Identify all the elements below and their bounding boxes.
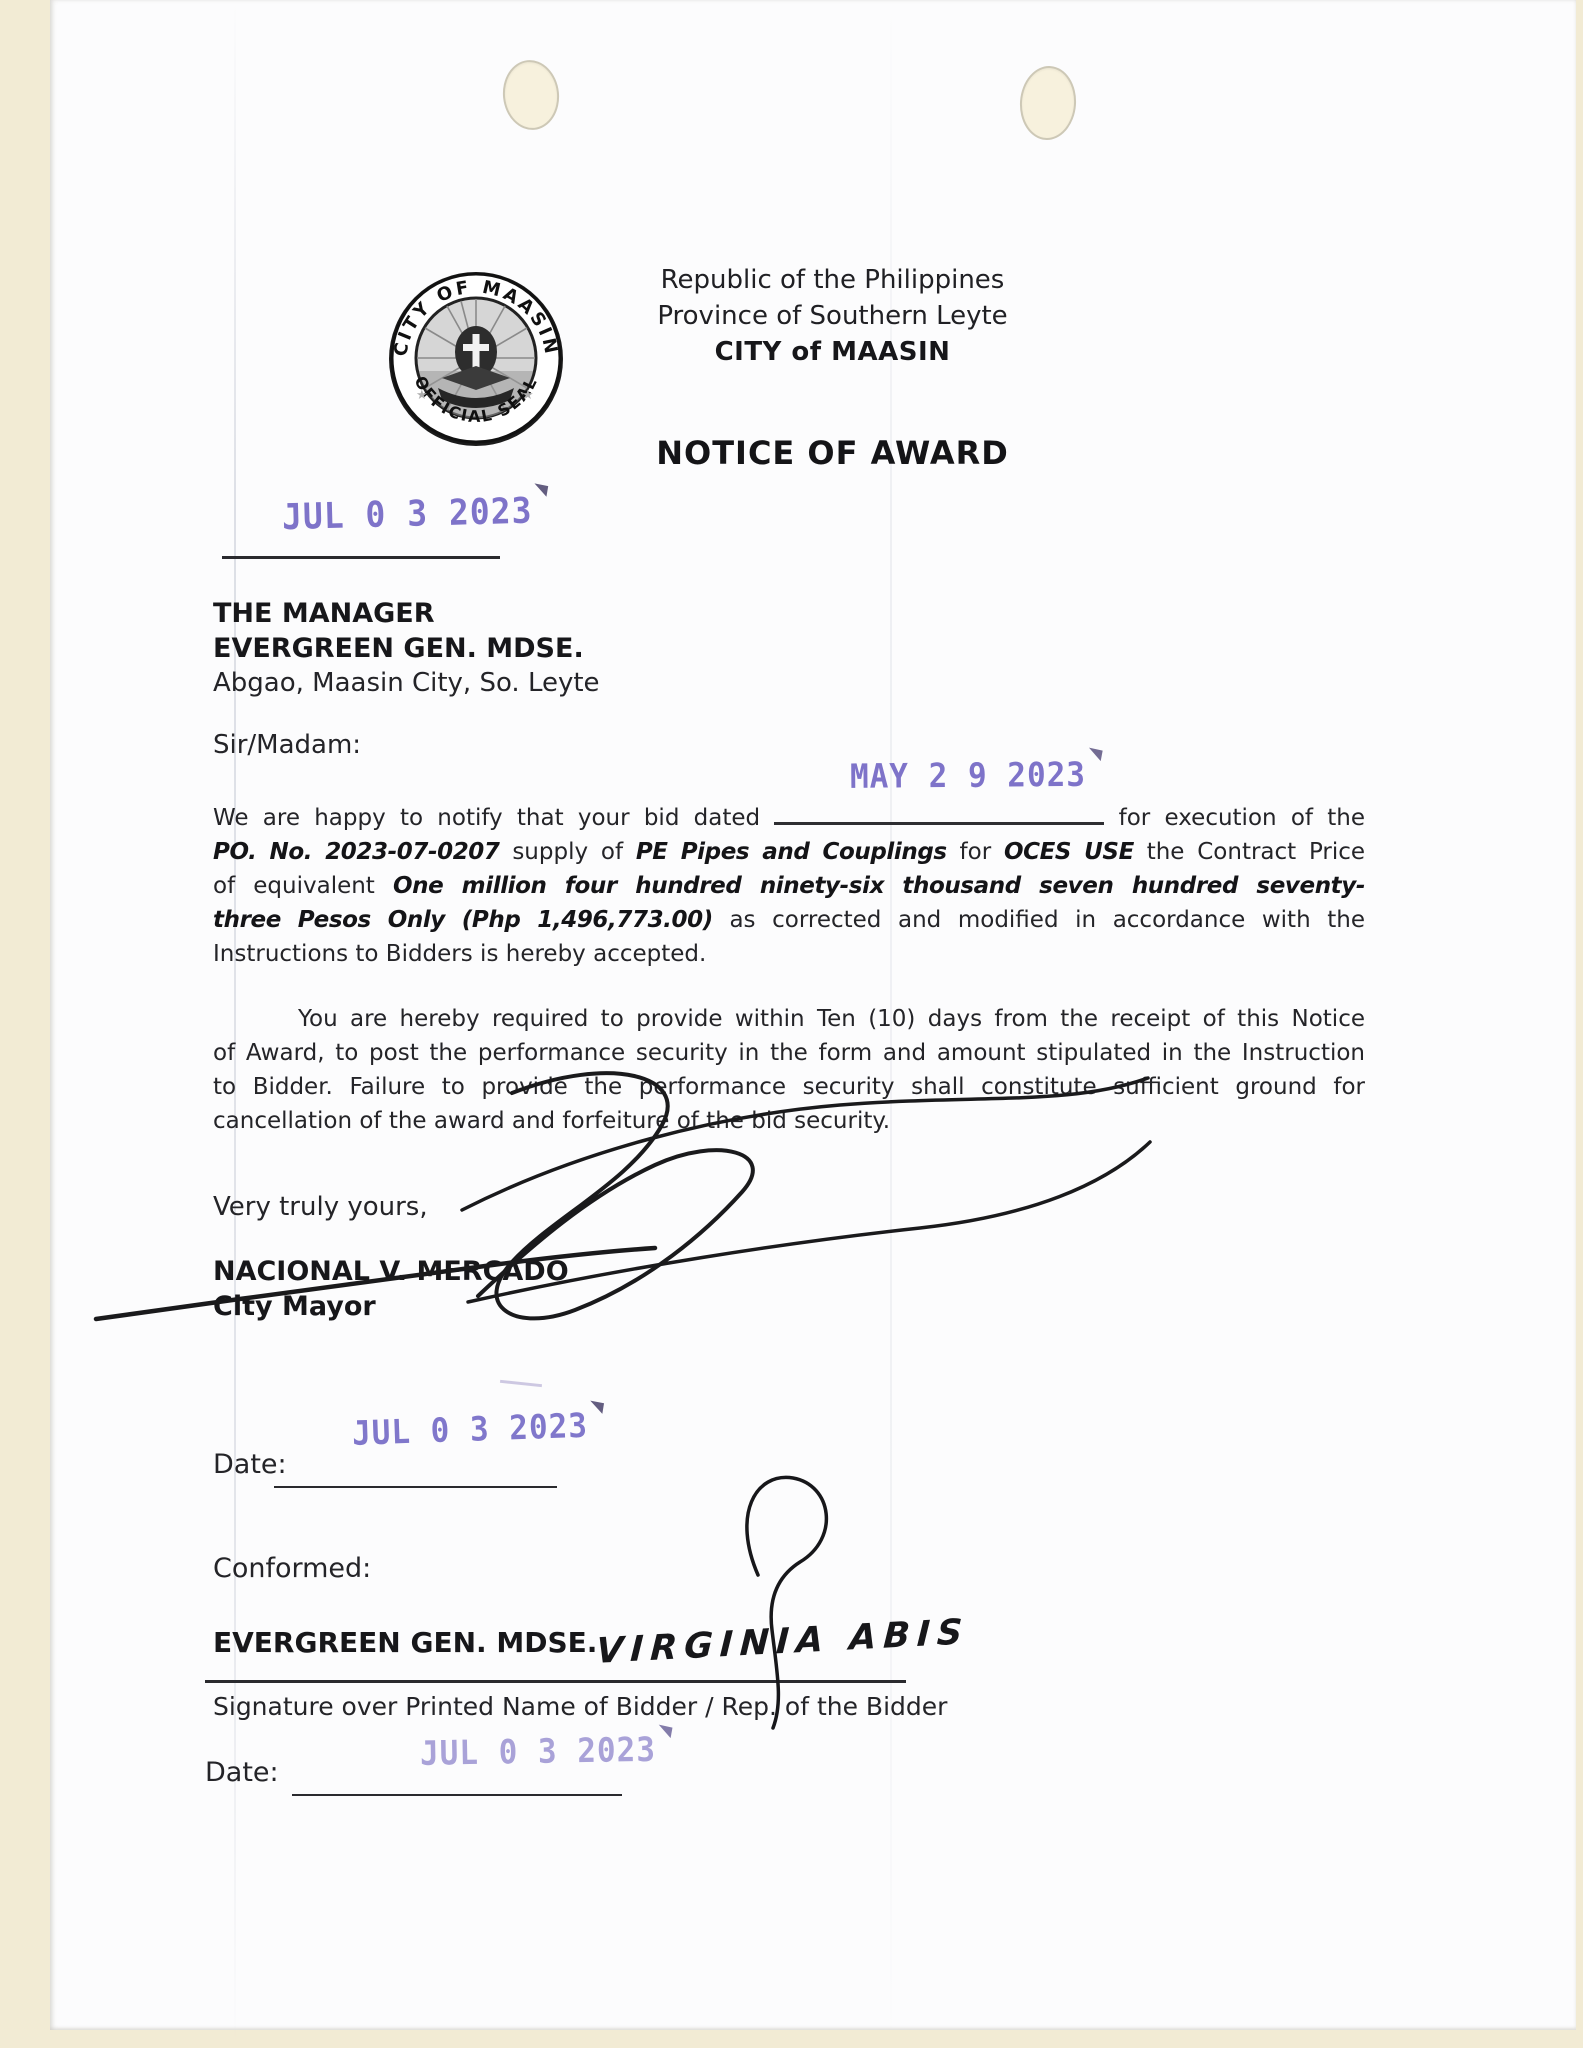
date-stamp-received: JUL 0 3 2023 (281, 489, 532, 538)
document-title: NOTICE OF AWARD (560, 434, 1105, 472)
paragraph-line: three Pesos Only (Php 1,496,773.00) as c… (213, 903, 1365, 937)
mayor-date-line (274, 1486, 557, 1488)
date-stamp-mayor: JUL 0 3 2023 (351, 1406, 588, 1453)
signature-caption: Signature over Printed Name of Bidder / … (213, 1692, 947, 1721)
seal-star-icon: ★ (522, 388, 534, 403)
addressee-title: THE MANAGER (213, 596, 600, 631)
p1-text: as corrected and modified in accordance … (729, 907, 1365, 933)
bidder-date-line (292, 1794, 622, 1796)
p1-text: for execution of the (1119, 805, 1365, 831)
supply-item: PE Pipes and Couplings (636, 839, 947, 865)
body-paragraph-1: We are happy to notify that your bid dat… (213, 801, 1365, 971)
conformed-company: EVERGREEN GEN. MDSE. (213, 1626, 597, 1660)
p1-text: for (960, 839, 992, 865)
paragraph-line: of equivalent One million four hundred n… (213, 869, 1365, 903)
seal-star-icon: ★ (416, 388, 428, 403)
date-stamp-mayor-text: JUL 0 3 2023 (351, 1406, 588, 1453)
date-stamp-bid: MAY 2 9 2023 (850, 756, 1086, 797)
contract-amount-words: One million four hundred ninety-six thou… (393, 873, 1365, 899)
po-number: PO. No. 2023-07-0207 (213, 839, 500, 865)
letterhead-line-province: Province of Southern Leyte (560, 298, 1105, 334)
paragraph-line: PO. No. 2023-07-0207 supply of PE Pipes … (213, 835, 1365, 869)
received-stamp-line (222, 556, 500, 559)
city-of-maasin-seal: CITY OF MAASIN OFFICIAL SEAL ★ ★ (386, 268, 566, 448)
p1-text: the Contract Price (1147, 839, 1365, 865)
date-stamp-bid-text: MAY 2 9 2023 (850, 756, 1086, 797)
letterhead-line-city: CITY of MAASIN (560, 334, 1105, 370)
letterhead-line-republic: Republic of the Philippines (560, 262, 1105, 298)
paragraph-line: You are hereby required to provide withi… (213, 1002, 1365, 1036)
signatory-name: NACIONAL V. MERCADO (213, 1255, 569, 1289)
p1-text: supply of (512, 839, 623, 865)
contract-amount-figures: three Pesos Only (Php 1,496,773.00) (213, 907, 713, 933)
blank-underline (774, 822, 1104, 825)
body-paragraph-2: You are hereby required to provide withi… (213, 1002, 1365, 1138)
valediction: Very truly yours, (213, 1190, 428, 1224)
end-user: OCES USE (1004, 839, 1134, 865)
signatory-position: City Mayor (213, 1290, 376, 1324)
p1-text: We are happy to notify that your bid dat… (213, 805, 760, 831)
scanned-document-page: CITY OF MAASIN OFFICIAL SEAL ★ ★ Republi… (0, 0, 1583, 2048)
paragraph-line: of Award, to post the performance securi… (213, 1036, 1365, 1070)
date-stamp-bidder: JUL 0 3 2023 (420, 1731, 657, 1774)
letterhead: Republic of the Philippines Province of … (560, 262, 1105, 370)
date-stamp-bidder-text: JUL 0 3 2023 (420, 1731, 657, 1774)
paragraph-line: cancellation of the award and forfeiture… (213, 1104, 1365, 1138)
date-label-bidder: Date: (205, 1756, 279, 1790)
conformed-label: Conformed: (213, 1552, 371, 1586)
addressee-company: EVERGREEN GEN. MDSE. (213, 631, 600, 666)
paragraph-line: We are happy to notify that your bid dat… (213, 801, 1365, 835)
p1-text: of equivalent (213, 873, 375, 899)
salutation: Sir/Madam: (213, 728, 361, 762)
addressee-block: THE MANAGER EVERGREEN GEN. MDSE. Abgao, … (213, 596, 600, 701)
date-label-mayor: Date: (213, 1448, 287, 1482)
paragraph-line: to Bidder. Failure to provide the perfor… (213, 1070, 1365, 1104)
paragraph-line: Instructions to Bidders is hereby accept… (213, 937, 1365, 971)
date-stamp-received-text: JUL 0 3 2023 (281, 489, 532, 538)
bidder-signature-line (205, 1680, 906, 1683)
addressee-address: Abgao, Maasin City, So. Leyte (213, 666, 600, 701)
